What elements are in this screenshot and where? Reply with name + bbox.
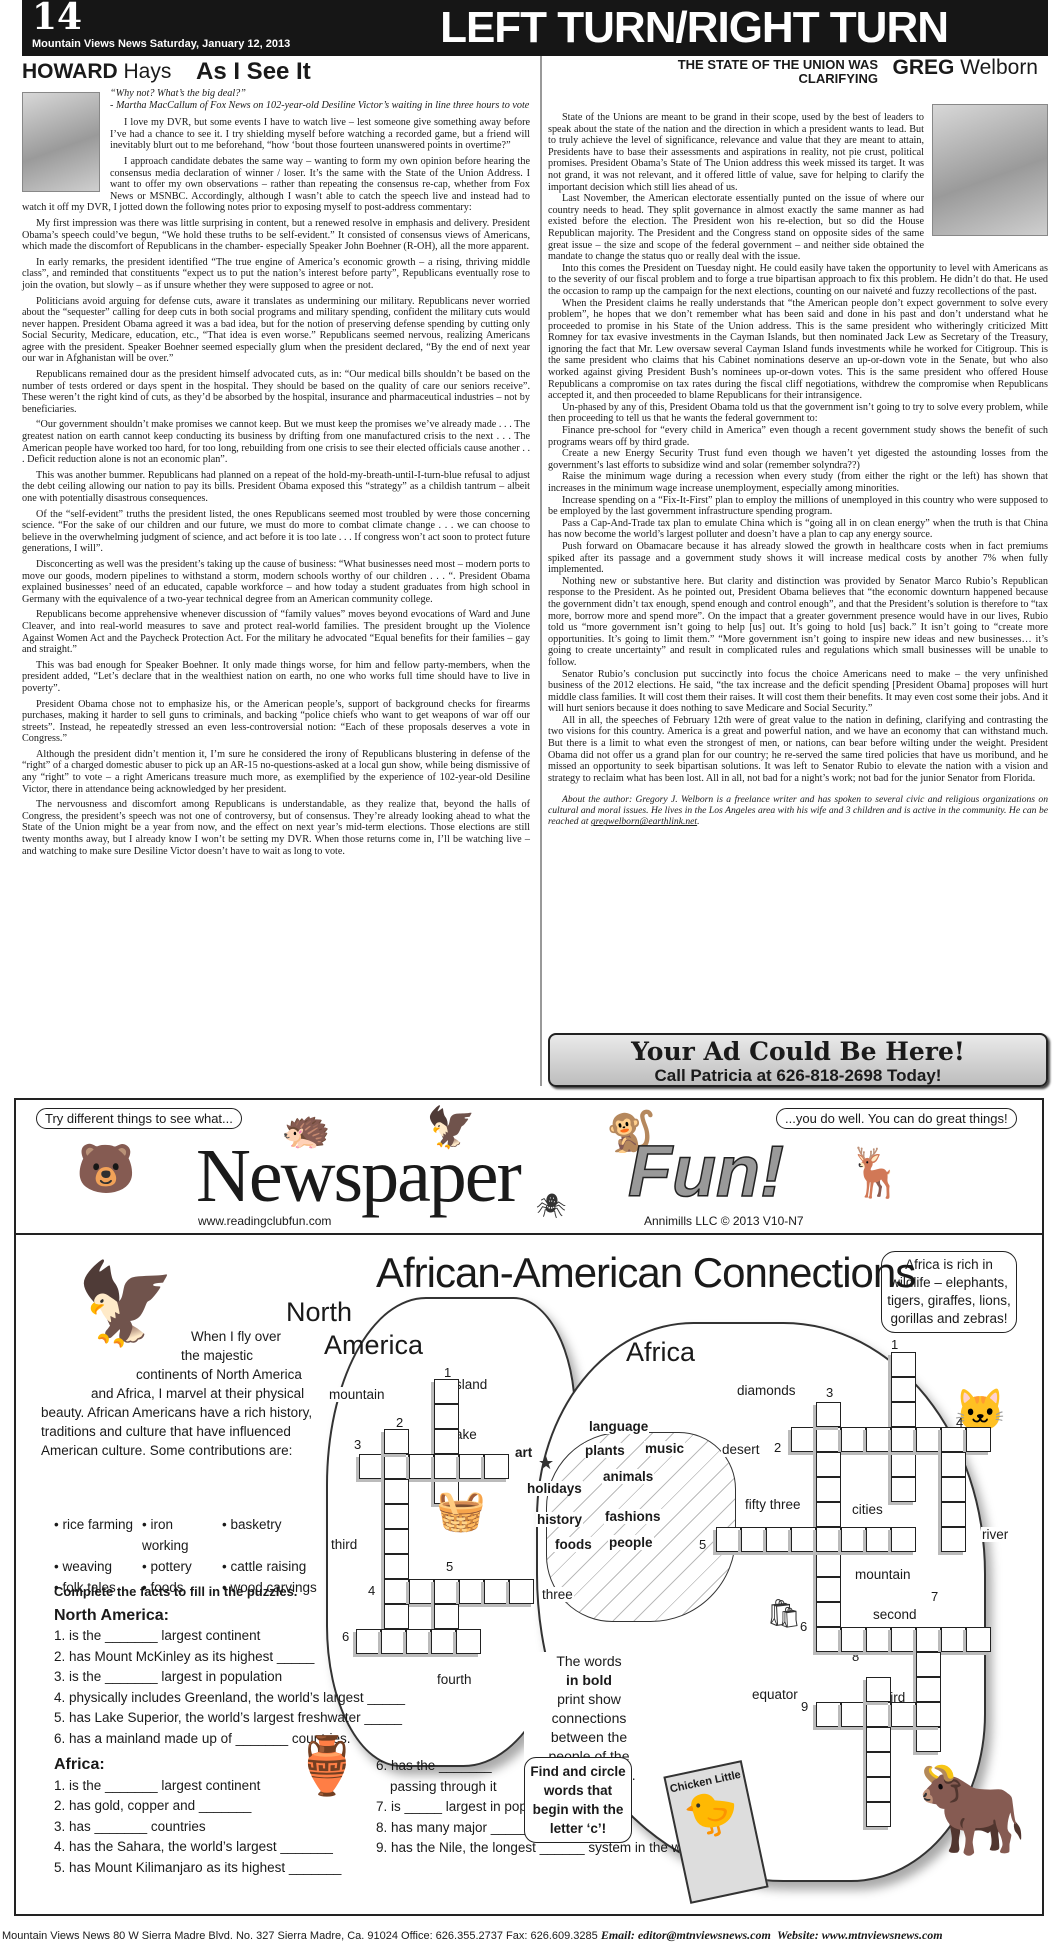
star-icon: ★ — [538, 1453, 554, 1474]
activity-title: African-American Connections — [376, 1249, 915, 1297]
speech-bubble-right: ...you do well. You can do great things! — [776, 1108, 1017, 1129]
article-paragraph: The nervousness and discomfort among Rep… — [22, 799, 530, 857]
left-paragraphs: I love my DVR, but some events I have to… — [22, 117, 530, 857]
left-column-title: As I See It — [196, 58, 311, 86]
newspaper-fun-panel: Try different things to see what... ...y… — [14, 1098, 1044, 1916]
word-cities: cities — [851, 1502, 884, 1517]
instructions: Complete the facts to fill in the puzzle… — [54, 1582, 405, 1603]
article-paragraph: President Obama chose not to emphasize h… — [22, 699, 530, 745]
word-mountain-af: mountain — [854, 1567, 912, 1582]
article-paragraph: Of the “self-evident” truths the preside… — [22, 509, 530, 555]
word-fourth: fourth — [436, 1672, 473, 1687]
article-paragraph: Finance pre-school for “every child in A… — [548, 425, 1048, 448]
word-desert: desert — [721, 1442, 761, 1457]
article-paragraph: This was bad enough for Speaker Boehner.… — [22, 660, 530, 695]
word-river: river — [981, 1527, 1009, 1542]
bold-word-language: language — [588, 1419, 649, 1434]
masthead: 14 Mountain Views News Saturday, January… — [22, 0, 1048, 56]
right-headline: THE STATE OF THE UNION WAS CLARIFYING — [608, 58, 878, 86]
right-author-last: Welborn — [960, 56, 1038, 79]
bold-word-foods: foods — [554, 1537, 593, 1552]
article-paragraph: Politicians avoid arguing for defense cu… — [22, 296, 530, 366]
fun-activity: African-American Connections Africa is r… — [16, 1237, 1042, 1916]
word-equator: equator — [751, 1687, 799, 1702]
find-circle-bubble: Find and circle words that begin with th… — [524, 1757, 632, 1843]
map-label-north: North — [286, 1297, 352, 1328]
cat-speech-bubble: Africa is rich in wildlife – elephants, … — [881, 1251, 1017, 1333]
bold-word-people: people — [608, 1535, 654, 1550]
article-paragraph: Although the president didn’t mention it… — [22, 749, 530, 795]
ad-subtitle: Call Patricia at 626-818-2698 Today! — [550, 1067, 1046, 1085]
article-paragraph: Republicans remained dour as the preside… — [22, 369, 530, 415]
bold-word-art: art — [514, 1445, 533, 1460]
bold-word-holidays: holidays — [526, 1481, 583, 1496]
ad-title: Your Ad Could Be Here! — [550, 1037, 1046, 1067]
article-paragraph: Nothing new or substantive here. But cla… — [548, 576, 1048, 669]
article-paragraph: All in all, the speeches of February 12t… — [548, 715, 1048, 785]
footer-email[interactable]: Email: editor@mtnviewsnews.com — [601, 1928, 771, 1942]
footer: Mountain Views News 80 W Sierra Madre Bl… — [0, 1928, 1056, 1943]
article-paragraph: In early remarks, the president identifi… — [22, 257, 530, 292]
word-three: three — [541, 1587, 574, 1602]
map-label-africa: Africa — [626, 1337, 695, 1368]
clues-left: Complete the facts to fill in the puzzle… — [54, 1582, 405, 1878]
column-divider — [540, 56, 542, 1086]
left-article: “Why not? What’s the big deal?”- Martha … — [22, 88, 530, 861]
footer-address: Mountain Views News 80 W Sierra Madre Bl… — [2, 1930, 598, 1942]
ox-icon: 🐂 — [916, 1757, 1028, 1862]
article-paragraph: Republicans become apprehensive whenever… — [22, 609, 530, 655]
article-paragraph: My first impression was there was little… — [22, 218, 530, 253]
fun-wordmark: Fun! — [628, 1130, 784, 1214]
fun-copyright: Annimills LLC © 2013 V10-N7 — [644, 1214, 804, 1228]
na-heading: North America: — [54, 1606, 405, 1627]
bold-word-fashions: fashions — [604, 1509, 662, 1524]
rice-bag-icon: 🛍 — [766, 1597, 802, 1631]
left-author-first: HOWARD — [22, 60, 118, 83]
newspaper-wordmark: Newspaper — [196, 1136, 520, 1216]
antelope-icon: 🦌 — [846, 1144, 906, 1201]
article-paragraph: “Our government shouldn’t make promises … — [22, 419, 530, 465]
basket-icon: 🧺 — [436, 1487, 486, 1534]
article-paragraph: Create a new Energy Security Trust fund … — [548, 448, 1048, 471]
bold-words-region — [546, 1432, 736, 1622]
footer-website[interactable]: Website: www.mtnviewsnews.com — [777, 1928, 943, 1942]
section-title: LEFT TURN/RIGHT TURN — [440, 4, 948, 52]
author-email-link[interactable]: gregwelborn@earthlink.net — [591, 816, 697, 827]
left-byline: HOWARD Hays — [22, 60, 171, 84]
ad-banner: Your Ad Could Be Here! Call Patricia at … — [548, 1033, 1048, 1087]
intro-text: When I fly over the majestic continents … — [41, 1327, 341, 1460]
article-paragraph: Senator Rubio’s conclusion put succinctl… — [548, 669, 1048, 715]
bold-word-animals: animals — [602, 1469, 654, 1484]
author-photo-greg — [932, 104, 1048, 236]
article-paragraph: Increase spending on a “Fix-It-First” pl… — [548, 495, 1048, 518]
right-byline: GREG Welborn — [892, 56, 1038, 80]
left-author-last: Hays — [124, 60, 172, 83]
word-fifty-three: fifty three — [744, 1497, 802, 1512]
right-author-first: GREG — [892, 56, 954, 79]
article-paragraph: Raise the minimum wage during a recessio… — [548, 471, 1048, 494]
article-paragraph: Un-phased by any of this, President Obam… — [548, 402, 1048, 425]
author-photo-howard — [22, 92, 100, 192]
paper-date-line: Mountain Views News Saturday, January 12… — [32, 38, 290, 50]
page-number: 14 — [32, 0, 82, 38]
fun-url: www.readingclubfun.com — [198, 1214, 331, 1228]
about-author: About the author: Gregory J. Welborn is … — [548, 794, 1048, 827]
spider-icon: 🕷 — [536, 1192, 566, 1221]
word-diamonds: diamonds — [736, 1383, 797, 1398]
word-third-na: third — [330, 1537, 358, 1552]
word-mountain-na: mountain — [328, 1387, 386, 1402]
bear-icon: 🐻 — [76, 1140, 136, 1197]
speech-bubble-left: Try different things to see what... — [36, 1108, 242, 1129]
article-paragraph: When the President claims he really unde… — [548, 298, 1048, 402]
bold-word-plants: plants — [584, 1443, 626, 1458]
bold-word-history: history — [536, 1512, 583, 1527]
pot-icon: 🏺 — [292, 1733, 362, 1799]
article-paragraph: Into this comes the President on Tuesday… — [548, 263, 1048, 298]
right-article: State of the Unions are meant to be gran… — [548, 112, 1048, 827]
fun-header: Try different things to see what... ...y… — [16, 1100, 1042, 1235]
article-paragraph: Disconcerting as well was the president’… — [22, 559, 530, 605]
word-second: second — [872, 1607, 918, 1622]
article-paragraph: Push forward on Obamacare because it has… — [548, 541, 1048, 576]
article-paragraph: This was another bummer. Republicans had… — [22, 470, 530, 505]
article-paragraph: Pass a Cap-And-Trade tax plan to emulate… — [548, 518, 1048, 541]
bold-word-music: music — [644, 1441, 685, 1456]
